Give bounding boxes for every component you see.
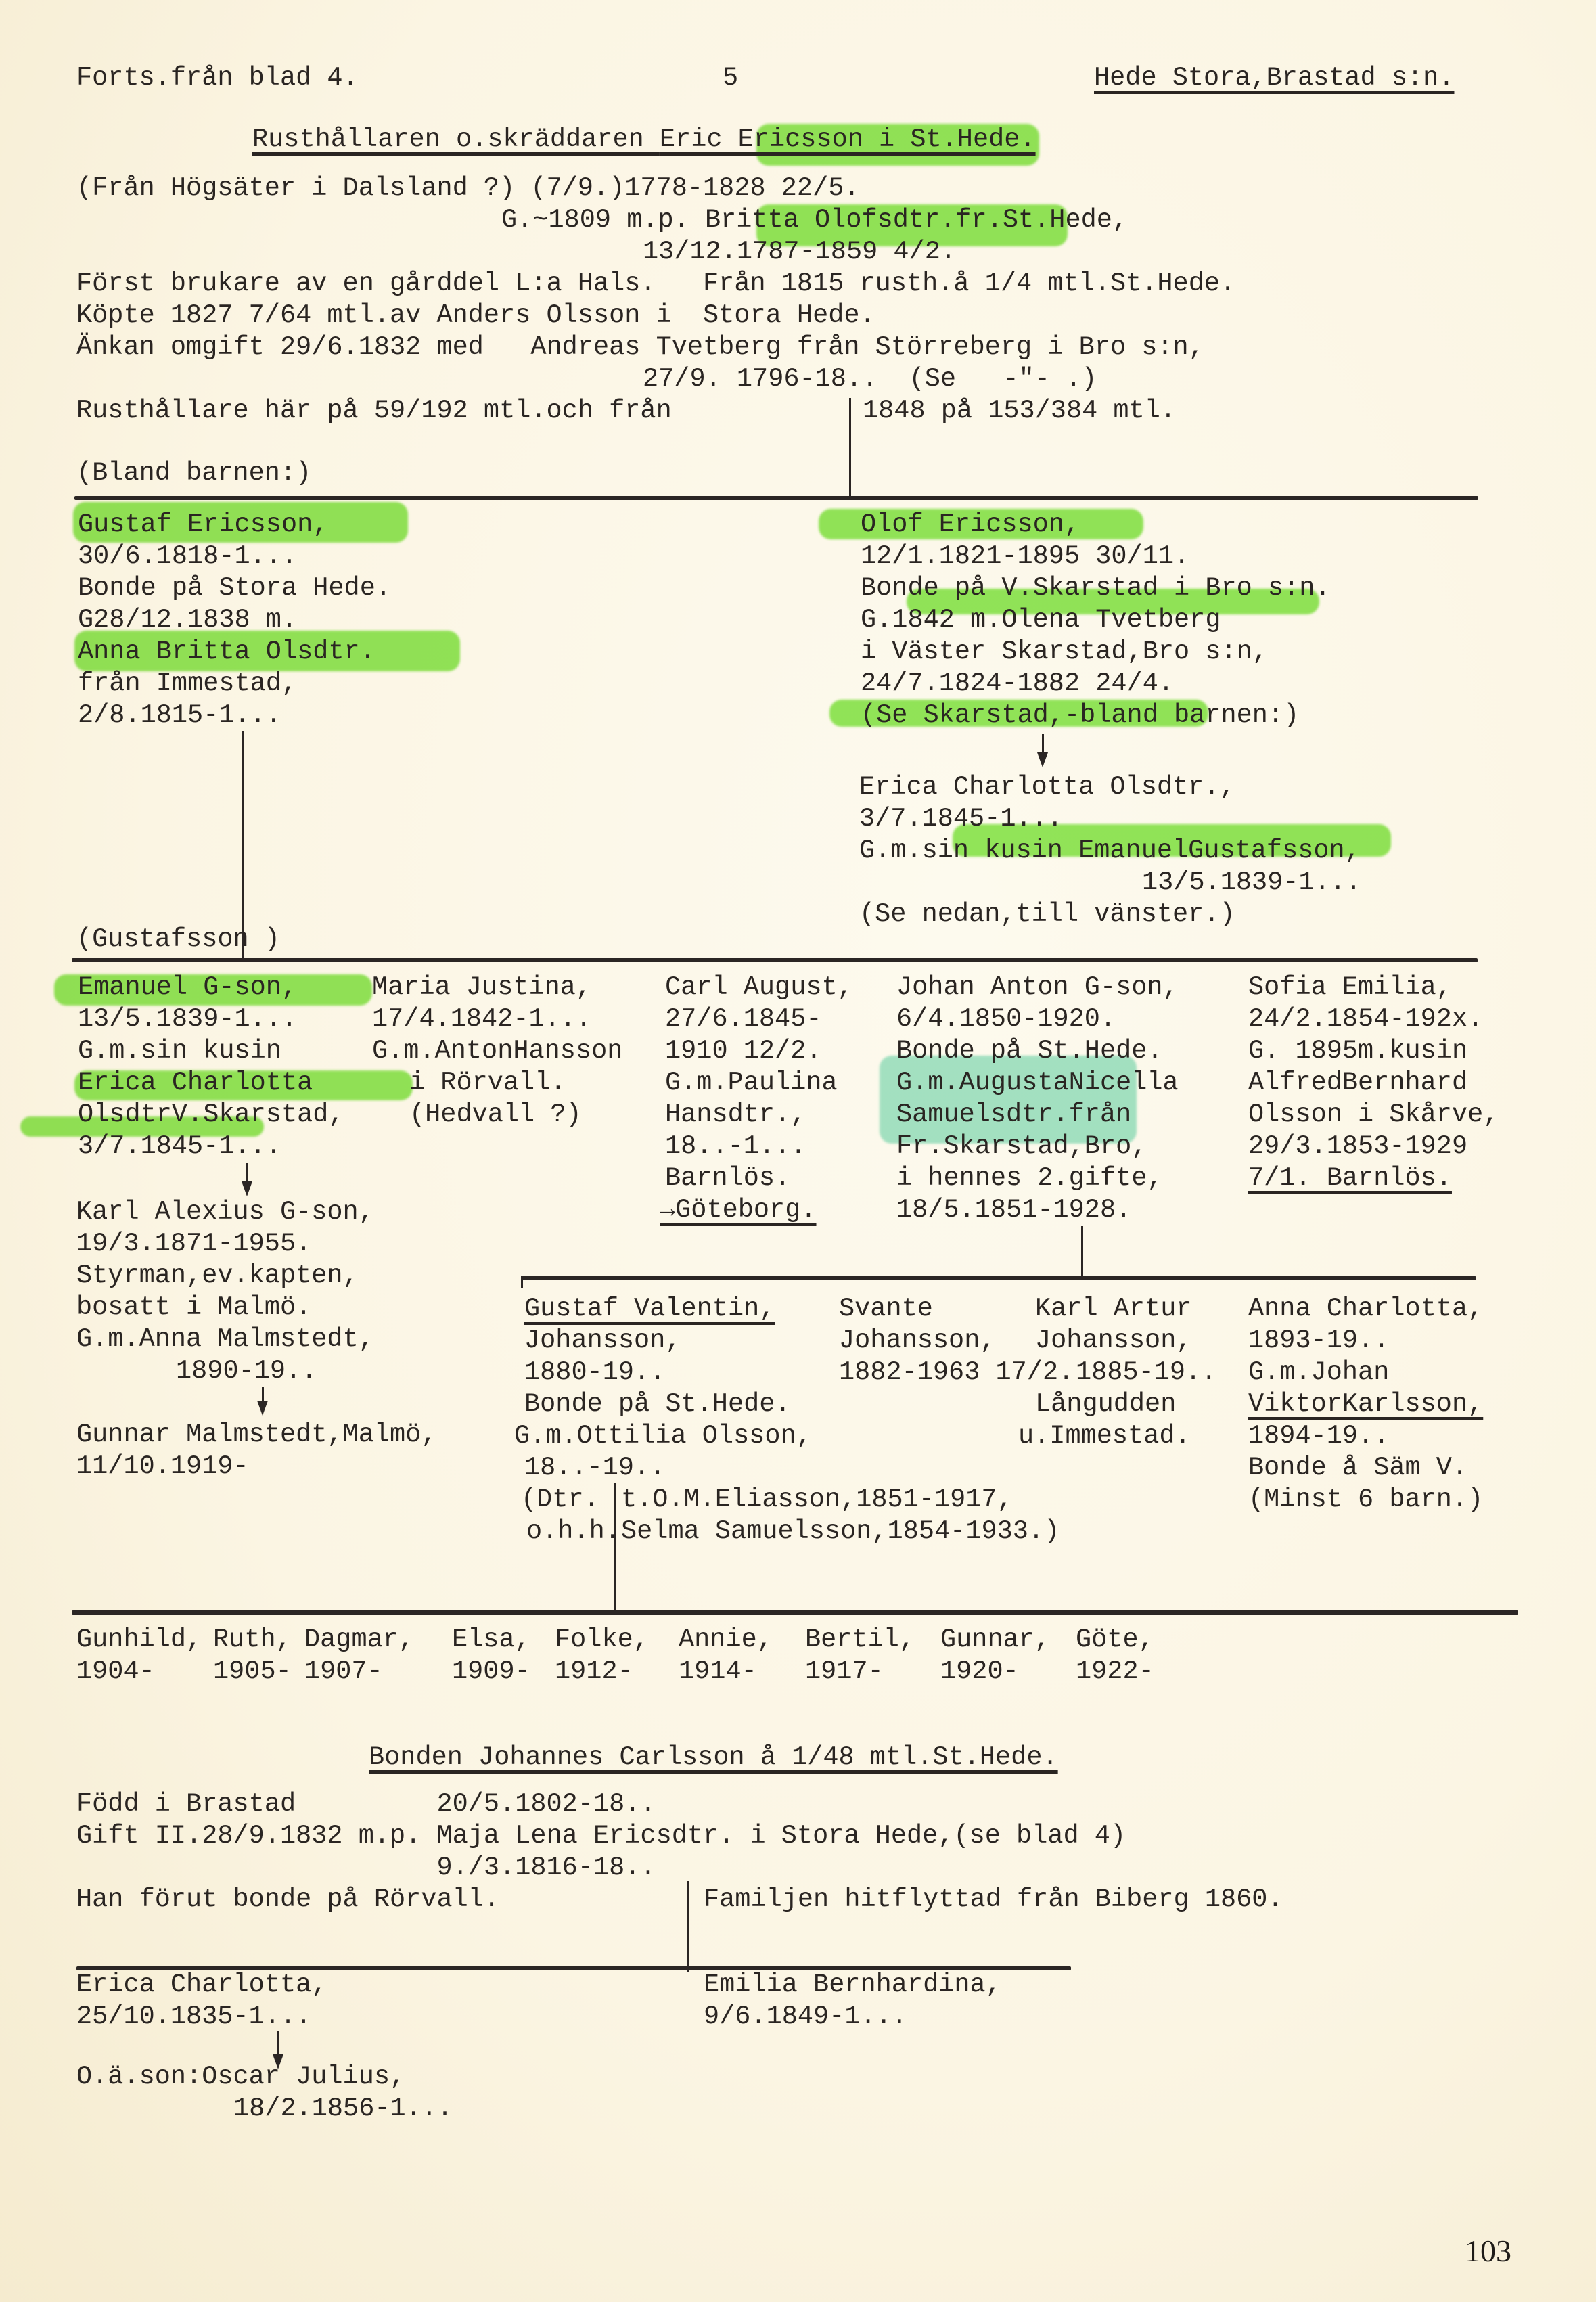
great-grandchild-name: Gunnar, — [940, 1624, 1050, 1656]
johan-name: Johan Anton G-son, — [896, 972, 1179, 1003]
gustaf-spouse-origin: från Immestad, — [78, 668, 297, 700]
ottilia-note-right: t.O.M.Eliasson,1851-1917, — [621, 1484, 1013, 1516]
karl-artur-line: Karl Artur — [1035, 1293, 1192, 1325]
erica-name: Erica Charlotta Olsdtr., — [859, 771, 1235, 803]
great-grandchild-name: Gunhild, — [76, 1624, 202, 1656]
johan-line: 18/5.1851-1928. — [896, 1194, 1131, 1226]
karl-alexius-marriage: G.m.Anna Malmstedt, — [76, 1324, 374, 1355]
gustafsson-label: (Gustafsson ) — [76, 924, 280, 955]
sofia-line: 24/2.1854-192x. — [1248, 1003, 1483, 1035]
marriage-prefix: G.~1809 m.p. — [501, 205, 705, 235]
document-page: Forts.från blad 4. 5 Hede Stora,Brastad … — [0, 0, 1596, 2302]
section2-title: Bonden Johannes Carlsson å 1/48 mtl.St.H… — [369, 1742, 1058, 1774]
sofia-line: 29/3.1853-1929 — [1248, 1131, 1467, 1163]
emanuel-line: 3/7.1845-1... — [78, 1131, 281, 1163]
karl-artur-line: Johansson, — [1035, 1325, 1192, 1357]
ottilia-note-left: o.h.h. — [526, 1516, 620, 1548]
gustaf-valentin-line: G.m.Ottilia Olsson, — [514, 1420, 812, 1452]
gustaf-marriage: G28/12.1838 m. — [78, 604, 297, 636]
erica-dates: 3/7.1845-1... — [859, 803, 1063, 835]
gustaf-valentin-name-text: Gustaf Valentin, — [524, 1294, 775, 1324]
erica-reference: (Se nedan,till vänster.) — [859, 899, 1235, 930]
maria-line: i Rörvall. — [409, 1067, 566, 1099]
carl-line: 18..-1... — [665, 1131, 806, 1163]
great-grandchild-name: Elsa, — [452, 1624, 530, 1656]
gustaf-dates: 30/6.1818-1... — [78, 541, 297, 572]
emanuel-line: Erica Charlotta — [78, 1067, 313, 1099]
connector-s2 — [687, 1881, 689, 1972]
great-grandchild-year: 1920- — [940, 1656, 1019, 1688]
ottilia-note-right: Selma Samuelsson,1854-1933.) — [621, 1516, 1059, 1548]
maria-line: G.m.AntonHansson — [372, 1035, 622, 1067]
karl-alexius-occupation: Styrman,ev.kapten, — [76, 1260, 359, 1292]
header-sheet-number: 5 — [723, 62, 738, 94]
arrow-down-icon — [257, 1401, 268, 1416]
connector-s1-vertical — [849, 398, 851, 498]
title-prefix: Rusthållaren o.skräddaren — [252, 125, 660, 154]
s2-emilia-name: Emilia Bernhardina, — [704, 1969, 1001, 2001]
rule-grandchildren — [72, 958, 1478, 962]
s1-line-widow: Änkan omgift 29/6.1832 med Andreas Tvetb… — [76, 332, 1204, 363]
great-grandchild-name: Folke, — [555, 1624, 649, 1656]
s1-line-bought: Köpte 1827 7/64 mtl.av Anders Olsson i S… — [76, 300, 875, 332]
great-grandchild-name: Dagmar, — [304, 1624, 414, 1656]
rule-great-grandchildren — [72, 1610, 1518, 1615]
emanuel-line: OlsdtrV.Skarstad, — [78, 1099, 344, 1131]
johan-line: Bonde på St.Hede. — [896, 1035, 1163, 1067]
carl-line: 1910 12/2. — [665, 1035, 822, 1067]
carl-line: 27/6.1845- — [665, 1003, 822, 1035]
arrow-down-icon — [242, 1181, 252, 1196]
great-grandchild-year: 1905- — [213, 1656, 292, 1688]
gunnar-malmstedt-name: Gunnar Malmstedt,Malmö, — [76, 1419, 436, 1451]
sofia-line: 7/1. Barnlös. — [1248, 1163, 1452, 1194]
anna-charlotta-line: 1894-19.. — [1248, 1420, 1389, 1452]
anna-charlotta-line: (Minst 6 barn.) — [1248, 1484, 1483, 1516]
karl-artur-line: u.Immestad. — [1018, 1420, 1191, 1452]
emanuel-dates: 13/5.1839-1... — [1142, 867, 1361, 899]
rule-johan-children — [521, 1276, 1476, 1280]
erica-marriage: G.m.sin kusin EmanuelGustafsson, — [859, 835, 1361, 867]
johan-line: Fr.Skarstad,Bro, — [896, 1131, 1147, 1163]
karl-alexius-name: Karl Alexius G-son, — [76, 1196, 374, 1228]
s2-erica-dates: 25/10.1835-1... — [76, 2001, 311, 2033]
s1-line-andreas-dates: 27/9. 1796-18.. (Se -"- .) — [643, 363, 1097, 395]
s1-line-spouse-dates: 13/12.1787-1859 4/2. — [643, 236, 956, 268]
oscar-julius-dates: 18/2.1856-1... — [233, 2093, 453, 2125]
gunnar-malmstedt-dates: 11/10.1919- — [76, 1451, 249, 1483]
olof-marriage: G.1842 m.Olena Tvetberg — [861, 604, 1221, 636]
maria-line: 17/4.1842-1... — [372, 1003, 591, 1035]
s2-line-spouse-dates: 9./3.1816-18.. — [76, 1852, 656, 1884]
svante-line: 1882-1963 17/2. — [839, 1357, 1074, 1389]
svante-line: Svante — [839, 1293, 933, 1325]
gustaf-valentin-line: Johansson, — [524, 1325, 681, 1357]
great-grandchild-name: Ruth, — [213, 1624, 292, 1656]
rule-johan-children-hook — [521, 1276, 523, 1288]
spouse-origin: fr.St.Hede, — [955, 205, 1128, 235]
arrow-down-icon — [1037, 752, 1048, 767]
great-grandchild-year: 1909- — [452, 1656, 530, 1688]
sofia-name: Sofia Emilia, — [1248, 972, 1452, 1003]
header-continuation: Forts.från blad 4. — [76, 62, 359, 94]
olof-occupation: Bonde på V.Skarstad i Bro s:n. — [861, 572, 1331, 604]
anna-charlotta-line: ViktorKarlsson, — [1248, 1389, 1483, 1420]
rule-children — [74, 496, 1478, 500]
great-grandchild-name: Göte, — [1076, 1624, 1154, 1656]
olof-dates: 12/1.1821-1895 30/11. — [861, 541, 1189, 572]
maria-line: (Hedvall ?) — [409, 1099, 582, 1131]
great-grandchild-year: 1914- — [679, 1656, 757, 1688]
carl-line: G.m.Paulina — [665, 1067, 838, 1099]
connector-johan — [1081, 1226, 1083, 1276]
s1-line-origin: (Från Högsäter i Dalsland ?) (7/9.)1778-… — [76, 173, 860, 204]
great-grandchild-name: Annie, — [679, 1624, 773, 1656]
section1-title: Rusthållaren o.skräddaren Eric Ericsson … — [252, 124, 1036, 156]
s2-line-married: Gift II.28/9.1832 m.p. Maja Lena Ericsdt… — [76, 1820, 1126, 1852]
s2-erica-name: Erica Charlotta, — [76, 1969, 327, 2001]
olof-reference: (Se Skarstad,-bland barnen:) — [861, 700, 1299, 731]
ottilia-note-left: (Dtr. — [521, 1484, 599, 1516]
connector-gustaf-valentin — [614, 1483, 616, 1613]
olof-spouse-dates: 24/7.1824-1882 24/4. — [861, 668, 1174, 700]
johan-line: i hennes 2.gifte, — [896, 1163, 1163, 1194]
karl-alexius-residence: bosatt i Malmö. — [76, 1292, 311, 1324]
johan-line: G.m.AugustaNicella — [896, 1067, 1179, 1099]
gustaf-name: Gustaf Ericsson, — [78, 509, 328, 541]
gustaf-valentin-line: 1880-19.. — [524, 1357, 665, 1389]
s2-line-former: Han förut bonde på Rörvall. — [76, 1884, 499, 1916]
page-number: 103 — [1465, 2233, 1511, 2269]
s2-line-moved: Familjen hitflyttad från Biberg 1860. — [704, 1884, 1283, 1916]
children-label: (Bland barnen:) — [76, 457, 311, 489]
great-grandchild-name: Bertil, — [805, 1624, 915, 1656]
great-grandchild-year: 1904- — [76, 1656, 155, 1688]
gustaf-valentin-line: Bonde på St.Hede. — [524, 1389, 791, 1420]
great-grandchild-year: 1907- — [304, 1656, 383, 1688]
anna-charlotta-line: Bonde å Säm V. — [1248, 1452, 1467, 1484]
emanuel-line: 13/5.1839-1... — [78, 1003, 297, 1035]
s1-line-first: Först brukare av en gårddel L:a Hals. Fr… — [76, 268, 1235, 300]
carl-line: Hansdtr., — [665, 1099, 806, 1131]
emanuel-line: G.m.sin kusin — [78, 1035, 281, 1067]
s2-line-born: Född i Brastad 20/5.1802-18.. — [76, 1788, 656, 1820]
spouse-name: Britta Olofsdtr. — [705, 205, 955, 235]
maria-name: Maria Justina, — [372, 972, 591, 1003]
great-grandchild-year: 1917- — [805, 1656, 884, 1688]
karl-alexius-dates: 19/3.1871-1955. — [76, 1228, 311, 1260]
title-name: Eric Ericsson — [660, 125, 863, 154]
sofia-line: G. 1895m.kusin — [1248, 1035, 1467, 1067]
anna-charlotta-line: 1893-19.. — [1248, 1325, 1389, 1357]
great-grandchild-year: 1922- — [1076, 1656, 1154, 1688]
gustaf-occupation: Bonde på Stora Hede. — [78, 572, 391, 604]
oscar-julius-name: O.ä.son:Oscar Julius, — [76, 2061, 405, 2093]
gustaf-spouse: Anna Britta Olsdtr. — [78, 636, 375, 668]
anna-charlotta-line: G.m.Johan — [1248, 1357, 1389, 1389]
sofia-line: Olsson i Skårve, — [1248, 1099, 1499, 1131]
svante-line: Johansson, — [839, 1325, 996, 1357]
header-place: Hede Stora,Brastad s:n. — [1094, 62, 1454, 94]
anna-malmstedt-dates: 1890-19.. — [176, 1355, 317, 1387]
olof-spouse-origin: i Väster Skarstad,Bro s:n, — [861, 636, 1268, 668]
olof-name: Olof Ericsson, — [861, 509, 1080, 541]
gustaf-valentin-name: Gustaf Valentin, — [524, 1293, 775, 1325]
emanuel-name: Emanuel G-son, — [78, 972, 297, 1003]
s1-line-marriage: G.~1809 m.p. Britta Olofsdtr.fr.St.Hede, — [501, 204, 1128, 236]
johan-line: Samuelsdtr.från — [896, 1099, 1131, 1131]
s1-line-rusthallare: Rusthållare här på 59/192 mtl.och från — [76, 395, 672, 427]
karl-artur-line: 1885-19.. — [1076, 1357, 1216, 1389]
carl-line: Barnlös. — [665, 1163, 790, 1194]
johan-line: 6/4.1850-1920. — [896, 1003, 1116, 1035]
great-grandchild-year: 1912- — [555, 1656, 633, 1688]
s1-line-1848: 1848 på 153/384 mtl. — [863, 395, 1176, 427]
anna-charlotta-line: Anna Charlotta, — [1248, 1293, 1483, 1325]
s2-emilia-dates: 9/6.1849-1... — [704, 2001, 907, 2033]
gustaf-valentin-line: 18..-19.. — [524, 1452, 665, 1484]
carl-name: Carl August, — [665, 972, 853, 1003]
carl-line: →Göteborg. — [660, 1194, 817, 1226]
sofia-line: AlfredBernhard — [1248, 1067, 1467, 1099]
karl-artur-line: Långudden — [1035, 1389, 1176, 1420]
gustaf-spouse-dates: 2/8.1815-1... — [78, 700, 281, 731]
title-suffix: i St.Hede. — [863, 125, 1036, 154]
